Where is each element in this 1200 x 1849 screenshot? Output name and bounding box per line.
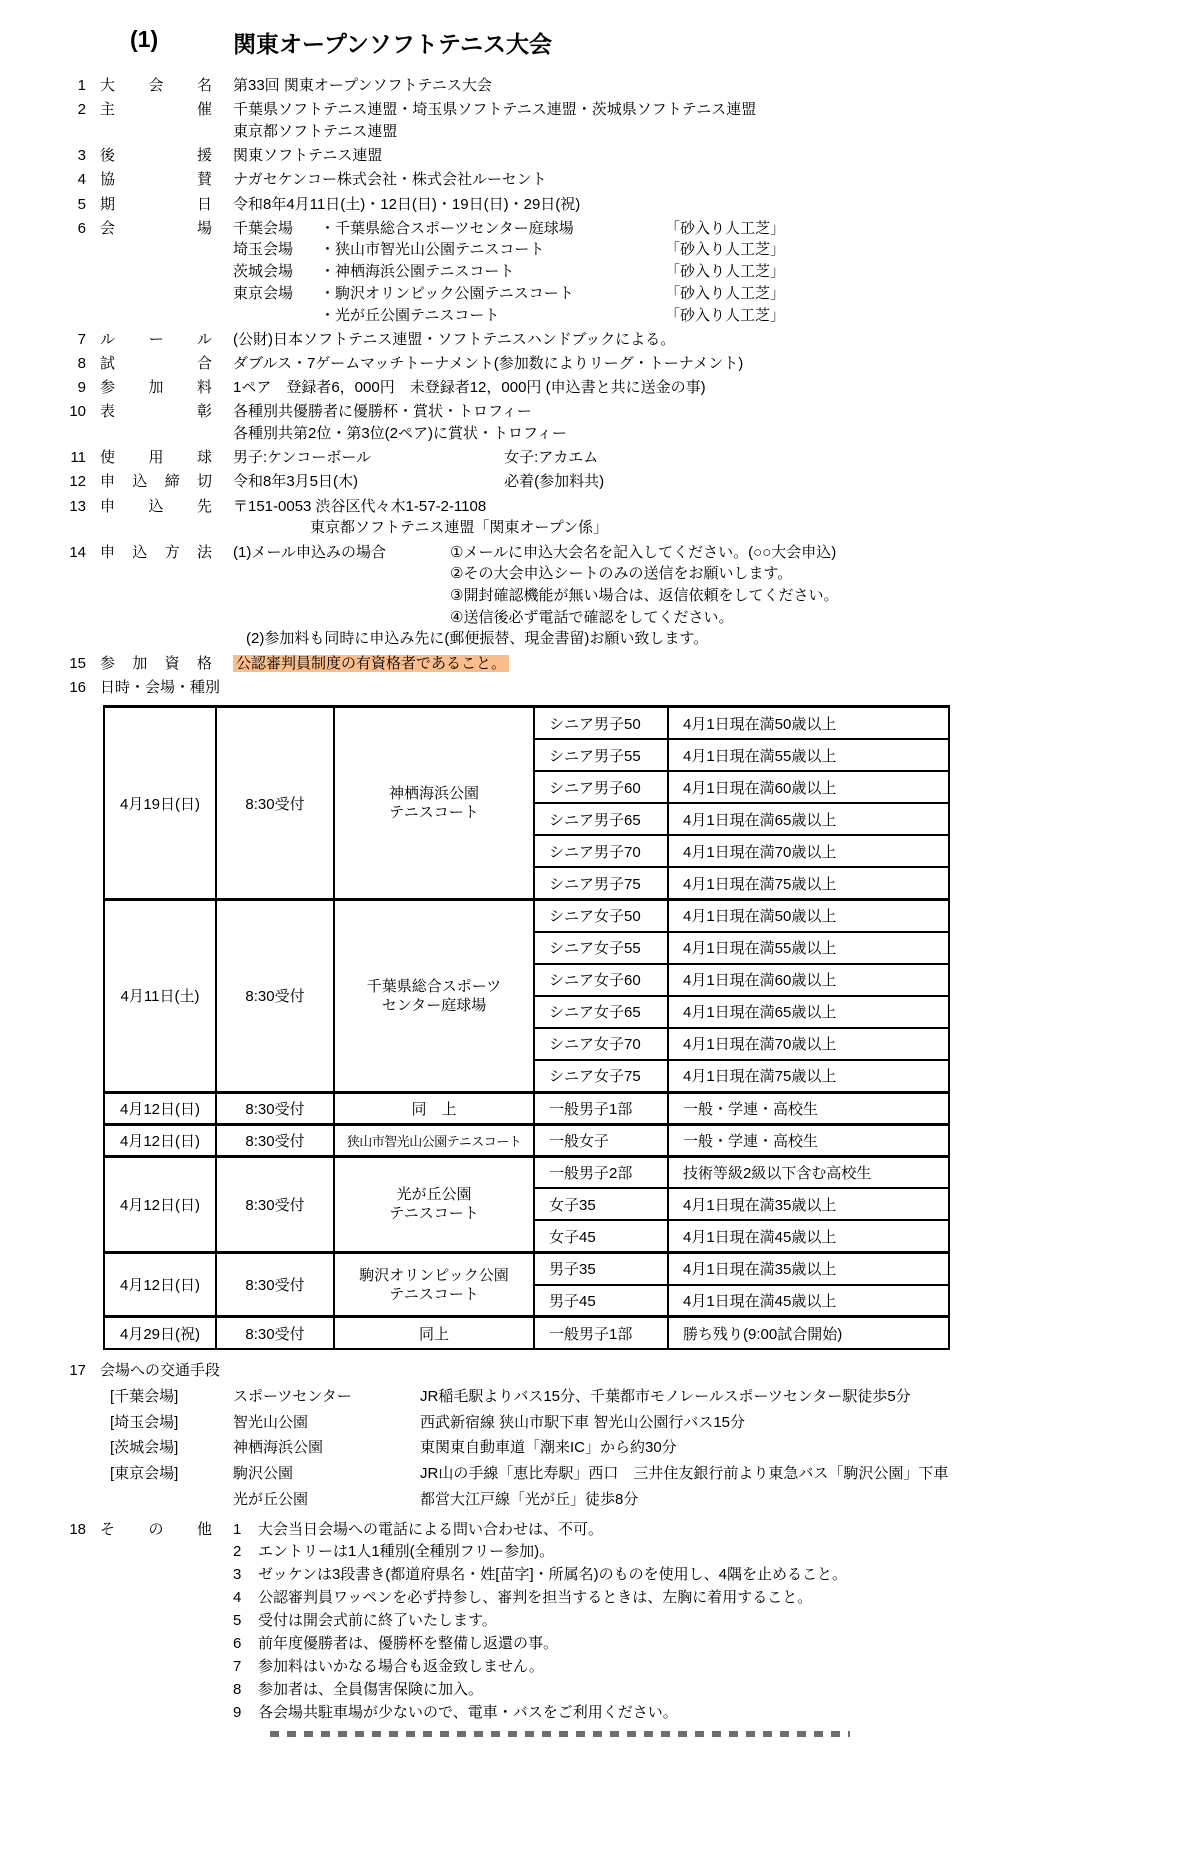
ball-women: 女子:アカエム [504,449,598,466]
item-content: ダブルス・7ゲームマッチトーナメント(参加数によりリーグ・トーナメント) [233,353,1200,375]
note-row: 8参加者は、全員傷害保険に加入。 [233,1679,1200,1702]
item-label: 表彰 [100,401,212,444]
item-content: 1ペア 登録者6，000円 未登録者12，000円 (申込書と共に送金の事) [233,377,1200,399]
venue-surface: 「砂入り人工芝」 [665,218,785,240]
item-content: 令和8年4月11日(土)・12日(日)・19日(日)・29日(祝) [233,194,1200,216]
cell-eligibility: 4月1日現在満70歳以上 [668,835,949,867]
cell-time: 8:30受付 [216,707,334,900]
method-email-label: (1)メール申込みの場合 [233,542,450,564]
cell-category: シニア男子60 [534,771,668,803]
item-balls: 11 使用球 男子:ケンコーボール 女子:アカエム [0,447,1200,469]
cell-category: 男子35 [534,1253,668,1285]
transport-venue: 神栖海浜公園 [233,1435,420,1461]
transport-venue: 光が丘公園 [233,1487,420,1513]
method-payment: (2)参加料も同時に申込み先に(郵便振替、現金書留)お願い致します。 [246,628,1200,650]
item-number: 10 [0,401,86,444]
cell-time: 8:30受付 [216,1156,334,1252]
note-number: 5 [233,1610,258,1633]
deadline-note: 必着(参加料共) [504,473,604,490]
cell-category: 一般男子1部 [534,1092,668,1124]
transport-venue: スポーツセンター [233,1384,420,1410]
cell-time: 8:30受付 [216,1317,334,1349]
table-row: 4月12日(日) 8:30受付 同 上 一般男子1部 一般・学連・高校生 [104,1092,949,1124]
note-number: 3 [233,1564,258,1587]
item-sponsor: 4 協賛 ナガセケンコー株式会社・株式会社ルーセント [0,169,1200,191]
award-line: 各種別共優勝者に優勝杯・賞状・トロフィー [233,401,1200,423]
cell-date: 4月11日(土) [104,900,216,1093]
cell-eligibility: 4月1日現在満50歳以上 [668,900,949,932]
note-number: 1 [233,1519,258,1542]
venue-area: 東京会場 [233,283,320,305]
cell-eligibility: 4月1日現在満35歳以上 [668,1188,949,1220]
item-label: ルール [100,329,212,351]
cell-time: 8:30受付 [216,1124,334,1156]
cell-category: 男子45 [534,1285,668,1317]
venue-row: ・光が丘公園テニスコート 「砂入り人工芝」 [233,305,1200,327]
item-application-method: 14 申込方法 (1)メール申込みの場合 ①メールに申込大会名を記入してください… [0,542,1200,651]
item-label: 申込締切 [100,471,212,493]
note-row: 3ゼッケンは3段書き(都道府県名・姓[苗字]・所属名)のものを使用し、4隅を止め… [233,1564,1200,1587]
item-awards: 10 表彰 各種別共優勝者に優勝杯・賞状・トロフィー 各種別共第2位・第3位(2… [0,401,1200,444]
note-number: 2 [233,1541,258,1564]
note-text: エントリーは1人1種別(全種別フリー参加)。 [258,1541,554,1564]
cell-date: 4月12日(日) [104,1124,216,1156]
cell-category: シニア女子75 [534,1060,668,1092]
cell-date: 4月12日(日) [104,1092,216,1124]
note-text: 前年度優勝者は、優勝杯を整備し返還の事。 [258,1633,558,1656]
venue-area: 埼玉会場 [233,239,320,261]
cell-venue: 神栖海浜公園 テニスコート [334,707,534,900]
cell-eligibility: 一般・学連・高校生 [668,1092,949,1124]
eligibility-highlighted-text: 公認審判員制度の有資格者であること。 [233,655,509,672]
award-line: 各種別共第2位・第3位(2ペア)に賞状・トロフィー [233,423,1200,445]
venue-name: ・神栖海浜公園テニスコート [320,261,665,283]
table-row: 4月12日(日) 8:30受付 光が丘公園 テニスコート 一般男子2部 技術等級… [104,1156,949,1188]
item-number: 14 [0,542,86,651]
item-number: 8 [0,353,86,375]
cut-off-text-line [270,1731,850,1737]
notes-list: 1大会当日会場への電話による問い合わせは、不可。 2エントリーは1人1種別(全種… [233,1519,1200,1725]
cell-eligibility: 4月1日現在満50歳以上 [668,707,949,739]
item-number: 16 [0,677,86,699]
cell-category: シニア女子55 [534,932,668,964]
venue-name: ・千葉県総合スポーツセンター庭球場 [320,218,665,240]
note-text: 参加料はいかなる場合も返金致しません。 [258,1656,544,1679]
cell-category: 一般女子 [534,1124,668,1156]
cell-category: シニア女子70 [534,1028,668,1060]
item-content: 千葉会場 ・千葉県総合スポーツセンター庭球場 「砂入り人工芝」 埼玉会場 ・狭山… [233,218,1200,327]
item-label: 会場への交通手段 [100,1360,220,1382]
cell-category: シニア男子55 [534,739,668,771]
organizer-line: 東京都ソフトテニス連盟 [233,121,1200,143]
method-step: ②その大会申込シートのみの送信をお願いします。 [450,563,1200,585]
note-text: 受付は開会式前に終了いたします。 [258,1610,497,1633]
note-row: 9各会場共駐車場が少ないので、電車・バスをご利用ください。 [233,1702,1200,1725]
venue-row: 茨城会場 ・神栖海浜公園テニスコート 「砂入り人工芝」 [233,261,1200,283]
cell-eligibility: 4月1日現在満65歳以上 [668,803,949,835]
item-application-address: 13 申込先 〒151-0053 渋谷区代々木1-57-2-1108 東京都ソフ… [0,496,1200,539]
venue-surface: 「砂入り人工芝」 [665,261,785,283]
cell-category: 一般男子1部 [534,1317,668,1349]
item-number: 6 [0,218,86,327]
item-eligibility: 15 参加資格 公認審判員制度の有資格者であること。 [0,653,1200,675]
transport-venue: 智光山公園 [233,1410,420,1436]
table-row: 4月12日(日) 8:30受付 狭山市智光山公園テニスコート 一般女子 一般・学… [104,1124,949,1156]
item-content: 第33回 関東オープンソフトテニス大会 [233,75,1200,97]
schedule-table: 4月19日(日) 8:30受付 神栖海浜公園 テニスコート シニア男子50 4月… [103,705,950,1349]
method-step: ①メールに申込大会名を記入してください。(○○大会申込) [450,542,836,564]
cell-eligibility: 4月1日現在満45歳以上 [668,1285,949,1317]
note-number: 4 [233,1587,258,1610]
cell-venue: 同上 [334,1317,534,1349]
deadline-date: 令和8年3月5日(木) [233,471,500,493]
transport-desc: JR稲毛駅よりバス15分、千葉都市モノレールスポーツセンター駅徒歩5分 [420,1384,911,1410]
table-row: 4月19日(日) 8:30受付 神栖海浜公園 テニスコート シニア男子50 4月… [104,707,949,739]
cell-eligibility: 4月1日現在満75歳以上 [668,1060,949,1092]
transport-row: 光が丘公園 都営大江戸線「光が丘」徒歩8分 [110,1487,1200,1513]
item-deadline: 12 申込締切 令和8年3月5日(木) 必着(参加料共) [0,471,1200,493]
document-page: (1) 関東オープンソフトテニス大会 1 大会名 第33回 関東オープンソフトテ… [0,0,1200,1737]
cell-category: シニア女子60 [534,964,668,996]
item-transport-heading: 17 会場への交通手段 [0,1360,1200,1382]
transport-row: [東京会場] 駒沢公園 JR山の手線「恵比寿駅」西口 三井住友銀行前より東急バス… [110,1461,1200,1487]
address-line: 東京都ソフトテニス連盟「関東オープン係」 [310,517,1200,539]
cell-date: 4月12日(日) [104,1156,216,1252]
transport-row: [千葉会場] スポーツセンター JR稲毛駅よりバス15分、千葉都市モノレールスポ… [110,1384,1200,1410]
note-row: 2エントリーは1人1種別(全種別フリー参加)。 [233,1541,1200,1564]
organizer-line: 千葉県ソフトテニス連盟・埼玉県ソフトテニス連盟・茨城県ソフトテニス連盟 [233,99,1200,121]
item-dates: 5 期日 令和8年4月11日(土)・12日(日)・19日(日)・29日(祝) [0,194,1200,216]
cell-eligibility: 4月1日現在満55歳以上 [668,739,949,771]
item-label: 後援 [100,145,212,167]
cell-venue: 千葉県総合スポーツ センター庭球場 [334,900,534,1093]
item-entry-fee: 9 参加料 1ペア 登録者6，000円 未登録者12，000円 (申込書と共に送… [0,377,1200,399]
cell-eligibility: 4月1日現在満60歳以上 [668,964,949,996]
venue-surface: 「砂入り人工芝」 [665,283,785,305]
venue-name: ・狭山市智光山公園テニスコート [320,239,665,261]
cell-category: シニア女子65 [534,996,668,1028]
cell-category: シニア男子70 [534,835,668,867]
note-row: 7参加料はいかなる場合も返金致しません。 [233,1656,1200,1679]
cell-eligibility: 4月1日現在満55歳以上 [668,932,949,964]
table-row: 4月29日(祝) 8:30受付 同上 一般男子1部 勝ち残り(9:00試合開始) [104,1317,949,1349]
item-number: 7 [0,329,86,351]
cell-venue: 光が丘公園 テニスコート [334,1156,534,1252]
item-label: 大会名 [100,75,212,97]
item-number: 18 [0,1519,86,1725]
cell-venue: 同 上 [334,1092,534,1124]
item-venues: 6 会場 千葉会場 ・千葉県総合スポーツセンター庭球場 「砂入り人工芝」 埼玉会… [0,218,1200,327]
item-schedule-heading: 16 日時・会場・種別 [0,677,1200,699]
note-number: 6 [233,1633,258,1656]
venue-area [233,305,320,327]
cell-date: 4月29日(祝) [104,1317,216,1349]
item-number: 4 [0,169,86,191]
item-label: 申込方法 [100,542,212,651]
method-step: ③開封確認機能が無い場合は、返信依頼をしてください。 [450,585,1200,607]
transport-area: [茨城会場] [110,1435,233,1461]
item-label: 申込先 [100,496,212,539]
note-number: 8 [233,1679,258,1702]
item-label: 協賛 [100,169,212,191]
item-content: 各種別共優勝者に優勝杯・賞状・トロフィー 各種別共第2位・第3位(2ペア)に賞状… [233,401,1200,444]
item-content: 〒151-0053 渋谷区代々木1-57-2-1108 東京都ソフトテニス連盟「… [233,496,1200,539]
item-label: 会場 [100,218,212,327]
item-label: 主催 [100,99,212,142]
note-text: 参加者は、全員傷害保険に加入。 [258,1679,483,1702]
venue-name: ・駒沢オリンピック公園テニスコート [320,283,665,305]
cell-eligibility: 4月1日現在満35歳以上 [668,1253,949,1285]
item-support: 3 後援 関東ソフトテニス連盟 [0,145,1200,167]
cell-date: 4月12日(日) [104,1253,216,1317]
item-label: 期日 [100,194,212,216]
cell-eligibility: 技術等級2級以下含む高校生 [668,1156,949,1188]
note-text: ゼッケンは3段書き(都道府県名・姓[苗字]・所属名)のものを使用し、4隅を止める… [258,1564,847,1587]
cell-category: 一般男子2部 [534,1156,668,1188]
item-label: 日時・会場・種別 [100,677,220,699]
transport-area: [千葉会場] [110,1384,233,1410]
transport-row: [茨城会場] 神栖海浜公園 東関東自動車道「潮来IC」から約30分 [110,1435,1200,1461]
cell-category: シニア男子65 [534,803,668,835]
venue-row: 埼玉会場 ・狭山市智光山公園テニスコート 「砂入り人工芝」 [233,239,1200,261]
cell-eligibility: 4月1日現在満60歳以上 [668,771,949,803]
item-content: 公認審判員制度の有資格者であること。 [233,653,1200,675]
item-number: 1 [0,75,86,97]
transport-desc: 都営大江戸線「光が丘」徒歩8分 [420,1487,638,1513]
note-row: 1大会当日会場への電話による問い合わせは、不可。 [233,1519,1200,1542]
note-text: 大会当日会場への電話による問い合わせは、不可。 [258,1519,603,1542]
venue-area: 茨城会場 [233,261,320,283]
transport-list: [千葉会場] スポーツセンター JR稲毛駅よりバス15分、千葉都市モノレールスポ… [110,1384,1200,1513]
method-email: (1)メール申込みの場合 ①メールに申込大会名を記入してください。(○○大会申込… [233,542,1200,564]
note-number: 7 [233,1656,258,1679]
cell-category: 女子35 [534,1188,668,1220]
item-number: 17 [0,1360,86,1382]
venue-area: 千葉会場 [233,218,320,240]
item-label: 試合 [100,353,212,375]
cell-eligibility: 4月1日現在満65歳以上 [668,996,949,1028]
cell-time: 8:30受付 [216,1092,334,1124]
transport-area: [埼玉会場] [110,1410,233,1436]
cell-venue: 狭山市智光山公園テニスコート [334,1124,534,1156]
item-label: 使用球 [100,447,212,469]
note-row: 5受付は開会式前に終了いたします。 [233,1610,1200,1633]
transport-area [110,1487,233,1513]
venue-row: 東京会場 ・駒沢オリンピック公園テニスコート 「砂入り人工芝」 [233,283,1200,305]
item-label: 参加資格 [100,653,212,675]
transport-venue: 駒沢公園 [233,1461,420,1487]
item-tournament-name: 1 大会名 第33回 関東オープンソフトテニス大会 [0,75,1200,97]
cell-category: シニア男子75 [534,867,668,899]
cell-eligibility: 勝ち残り(9:00試合開始) [668,1317,949,1349]
cell-eligibility: 4月1日現在満45歳以上 [668,1220,949,1252]
transport-desc: JR山の手線「恵比寿駅」西口 三井住友銀行前より東急バス「駒沢公園」下車 [420,1461,948,1487]
note-row: 6前年度優勝者は、優勝杯を整備し返還の事。 [233,1633,1200,1656]
page-title: (1) 関東オープンソフトテニス大会 [130,26,1200,59]
item-content: 千葉県ソフトテニス連盟・埼玉県ソフトテニス連盟・茨城県ソフトテニス連盟 東京都ソ… [233,99,1200,142]
section-number: (1) [130,26,233,59]
item-number: 3 [0,145,86,167]
item-content: ナガセケンコー株式会社・株式会社ルーセント [233,169,1200,191]
note-text: 公認審判員ワッペンを必ず持参し、審判を担当するときは、左胸に着用すること。 [258,1587,812,1610]
item-content: (公財)日本ソフトテニス連盟・ソフトテニスハンドブックによる。 [233,329,1200,351]
transport-desc: 東関東自動車道「潮来IC」から約30分 [420,1435,677,1461]
item-label: その他 [100,1519,212,1725]
item-number: 2 [0,99,86,142]
item-content: 男子:ケンコーボール 女子:アカエム [233,447,1200,469]
venue-name: ・光が丘公園テニスコート [320,305,665,327]
note-row: 4公認審判員ワッペンを必ず持参し、審判を担当するときは、左胸に着用すること。 [233,1587,1200,1610]
ball-men: 男子:ケンコーボール [233,447,500,469]
address-line: 〒151-0053 渋谷区代々木1-57-2-1108 [233,496,1200,518]
cell-time: 8:30受付 [216,900,334,1093]
venue-surface: 「砂入り人工芝」 [665,305,785,327]
table-row: 4月12日(日) 8:30受付 駒沢オリンピック公園 テニスコート 男子35 4… [104,1253,949,1285]
method-step: ④送信後必ず電話で確認をしてください。 [450,607,1200,629]
transport-desc: 西武新宿線 狭山市駅下車 智光山公園行バス15分 [420,1410,745,1436]
note-text: 各会場共駐車場が少ないので、電車・バスをご利用ください。 [258,1702,678,1725]
cell-category: 女子45 [534,1220,668,1252]
item-match-format: 8 試合 ダブルス・7ゲームマッチトーナメント(参加数によりリーグ・トーナメント… [0,353,1200,375]
item-content: 関東ソフトテニス連盟 [233,145,1200,167]
item-number: 13 [0,496,86,539]
cell-venue: 駒沢オリンピック公園 テニスコート [334,1253,534,1317]
cell-eligibility: 一般・学連・高校生 [668,1124,949,1156]
item-number: 9 [0,377,86,399]
item-other-notes: 18 その他 1大会当日会場への電話による問い合わせは、不可。 2エントリーは1… [0,1519,1200,1725]
tournament-title: 関東オープンソフトテニス大会 [233,26,552,59]
cell-eligibility: 4月1日現在満70歳以上 [668,1028,949,1060]
venue-surface: 「砂入り人工芝」 [665,239,785,261]
item-organizer: 2 主催 千葉県ソフトテニス連盟・埼玉県ソフトテニス連盟・茨城県ソフトテニス連盟… [0,99,1200,142]
item-content: (1)メール申込みの場合 ①メールに申込大会名を記入してください。(○○大会申込… [233,542,1200,651]
item-number: 5 [0,194,86,216]
transport-area: [東京会場] [110,1461,233,1487]
cell-time: 8:30受付 [216,1253,334,1317]
note-number: 9 [233,1702,258,1725]
item-number: 11 [0,447,86,469]
cell-category: シニア男子50 [534,707,668,739]
item-number: 12 [0,471,86,493]
venue-row: 千葉会場 ・千葉県総合スポーツセンター庭球場 「砂入り人工芝」 [233,218,1200,240]
item-label: 参加料 [100,377,212,399]
cell-date: 4月19日(日) [104,707,216,900]
item-rules: 7 ルール (公財)日本ソフトテニス連盟・ソフトテニスハンドブックによる。 [0,329,1200,351]
item-number: 15 [0,653,86,675]
table-row: 4月11日(土) 8:30受付 千葉県総合スポーツ センター庭球場 シニア女子5… [104,900,949,932]
cell-category: シニア女子50 [534,900,668,932]
item-content: 令和8年3月5日(木) 必着(参加料共) [233,471,1200,493]
transport-row: [埼玉会場] 智光山公園 西武新宿線 狭山市駅下車 智光山公園行バス15分 [110,1410,1200,1436]
cell-eligibility: 4月1日現在満75歳以上 [668,867,949,899]
